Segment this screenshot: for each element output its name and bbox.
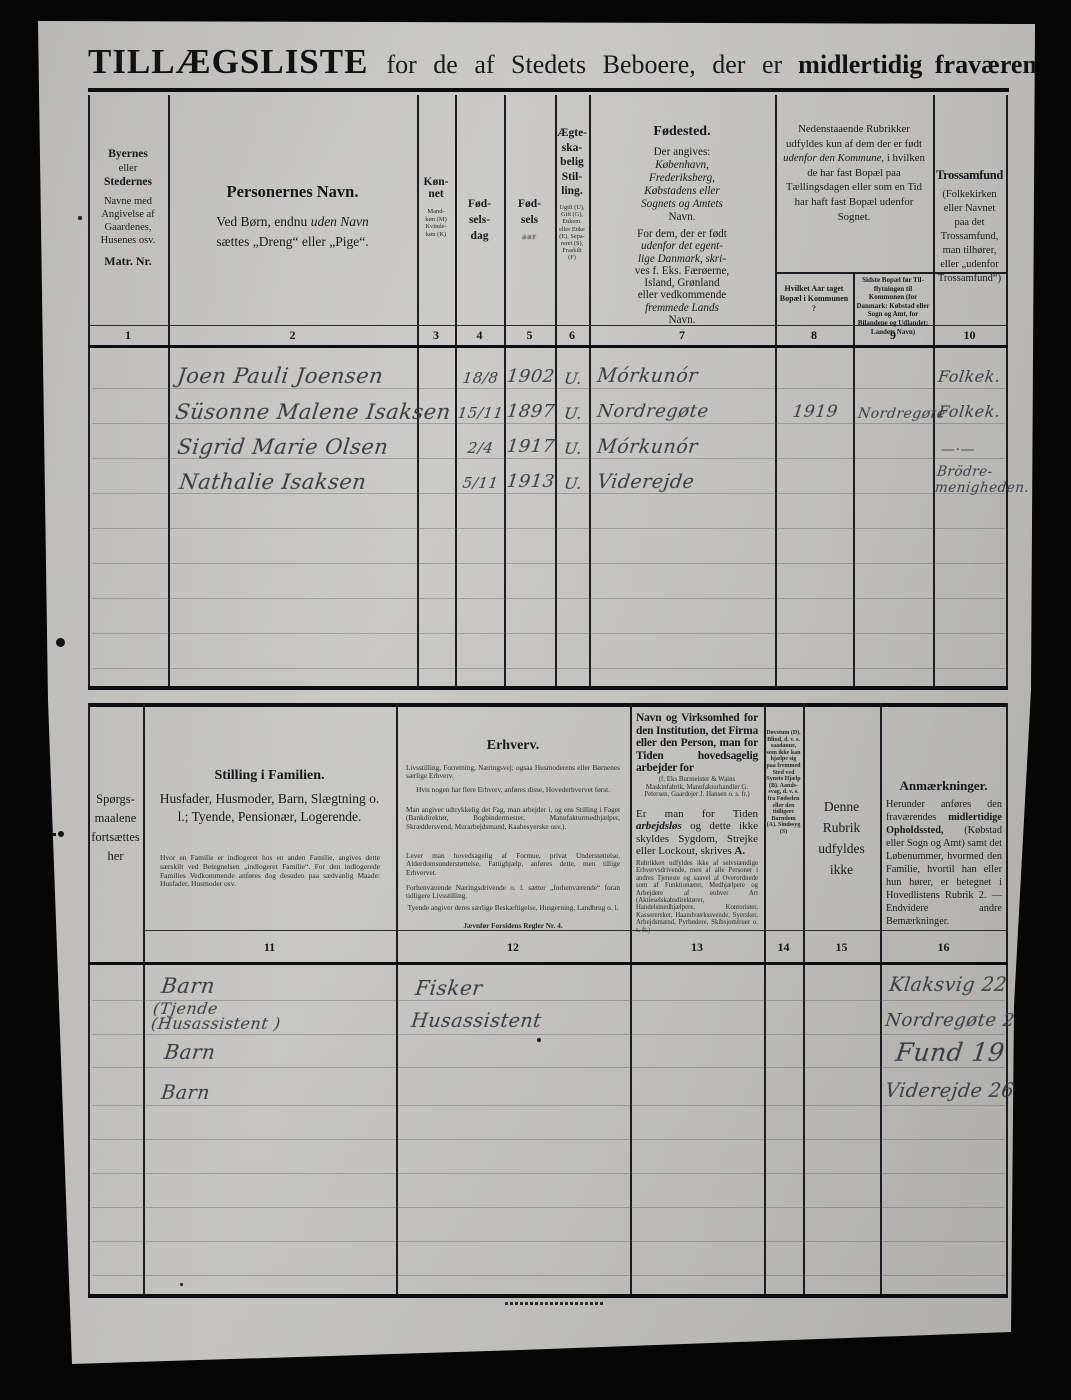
entry-remark: Klaksvig 22: [888, 974, 1008, 996]
side-label-line: Spørgs-: [88, 790, 143, 809]
col14-codes: Døvstum (D). Blind, d. v. s. saadanne, s…: [766, 730, 801, 836]
col7-line: Sognets og Amtets: [589, 198, 775, 211]
col1-line: Angivelse af: [88, 209, 168, 220]
col1-line: eller: [88, 163, 168, 174]
col-number: 16: [880, 940, 1007, 955]
col-number: 12: [396, 940, 630, 955]
rule: [92, 1275, 1005, 1276]
entry-birthyear: 1902: [504, 366, 558, 387]
col6-line: ska-: [555, 141, 589, 156]
col13-para2: Er man for Tiden arbejdsløs og dette ikk…: [636, 808, 758, 858]
entry-birthyear: 1897: [504, 401, 558, 422]
col16-title: Anmærkninger.: [880, 778, 1007, 794]
rule: [92, 1000, 1005, 1001]
col7-line: København,: [589, 159, 775, 172]
col7-line: ves f. Eks. Færøerne,: [589, 265, 775, 277]
entry-marital: U.: [555, 369, 591, 388]
rule: [92, 598, 1005, 599]
col4-line: dag: [455, 228, 504, 244]
entry-last-residence: Nordregøte: [857, 406, 947, 422]
col3-line: net: [417, 188, 455, 200]
entry-marital: U.: [555, 439, 591, 458]
col89-text-italic: udenfor den Kommune,: [783, 152, 884, 164]
col12-para: Man angiver udtrykkelig det Fag, man arb…: [406, 806, 620, 831]
col1-line: Stedernes: [88, 176, 168, 188]
entry-birthplace: Mórkunór: [596, 365, 699, 387]
rule: [92, 668, 1005, 669]
col-number: 7: [589, 328, 775, 343]
col7-line: Navn.: [589, 211, 775, 224]
col7-line: Købstadens eller: [589, 185, 775, 198]
col15-line: ikke: [803, 859, 880, 880]
col-number: 1: [88, 328, 168, 343]
entry-birthyear: 1917: [504, 436, 558, 457]
col2-sub-pre: Ved Børn, endnu: [216, 214, 311, 229]
entry-birthday: 2/4: [455, 439, 506, 457]
col4-header: Fød- sels- dag: [455, 196, 504, 244]
col-number: 4: [455, 328, 504, 343]
entry-position: Barn: [163, 1040, 217, 1064]
col5-line: sels: [504, 212, 555, 228]
entry-denomination: Brödre-: [936, 464, 994, 480]
entry-position: (Husassistent ): [150, 1014, 282, 1033]
col3-line: Køn-: [417, 176, 455, 188]
entry-birthday: 5/11: [455, 474, 506, 492]
col4-line: sels-: [455, 212, 504, 228]
entry-denomination: Folkek.: [937, 367, 1002, 386]
rule: [92, 1105, 1005, 1106]
col13-text: Er man for Tiden: [636, 808, 758, 820]
col12-para: Tyende angiver deres særlige Beskæftigel…: [406, 904, 620, 912]
col11-title: Stilling i Familien.: [143, 768, 396, 784]
col1-line: Gaardenes,: [88, 222, 168, 233]
col6-header: Ægte- ska- belig Stil- ling.: [555, 126, 589, 199]
col6-line: Ægte-: [555, 126, 589, 141]
entry-occupation: Fisker: [414, 976, 484, 1000]
col7-title: Fødested.: [589, 124, 775, 140]
rule: [92, 1173, 1005, 1174]
rule: [88, 962, 1008, 965]
col15-line: udfyldes: [803, 838, 880, 859]
col16-para: Herunder anføres den fraværendes midlert…: [886, 798, 1002, 928]
col2-sub-post: sættes „Dreng“ eller „Pige“.: [216, 234, 368, 249]
col7-line: Frederiksberg,: [589, 172, 775, 185]
rule: [92, 388, 1005, 389]
rule: [92, 1139, 1005, 1140]
col4-line: Fød-: [455, 196, 504, 212]
page-title-tail: midlertidig fraværende.: [798, 50, 1069, 79]
entry-denomination-ditto: —·—: [940, 442, 976, 458]
side-label-line: fortsættes: [88, 828, 143, 847]
col-number: 6: [555, 328, 589, 343]
rule: [92, 1034, 1005, 1035]
col5-line: Fød-: [504, 196, 555, 212]
rule: [88, 686, 1008, 690]
col13-text-italic: arbejdsløs: [636, 820, 682, 832]
col12-para: Jævnfør Forsidens Regler Nr. 4.: [406, 921, 620, 930]
entry-marital: U.: [555, 404, 591, 423]
side-label-line: her: [88, 847, 143, 866]
entry-remark: Fund 19: [894, 1038, 1006, 1067]
rule: [92, 1241, 1005, 1242]
ink-speck: [180, 1283, 183, 1286]
entry-name: Joen Pauli Joensen: [176, 364, 385, 388]
col1-header: Byernes eller Stedernes Navne med Angive…: [88, 148, 168, 269]
rule: [88, 1294, 1008, 1298]
col13-head: Navn og Virksomhed for den Institution, …: [636, 712, 758, 775]
col12-para: Livsstilling, Forretning, Næringsvej; og…: [406, 764, 620, 781]
col13-fine1: (f. Eks Burmeister & Wains Maskinfabrik,…: [640, 776, 754, 799]
col-number: 14: [764, 940, 803, 955]
rule: [143, 930, 1008, 931]
col13-text-bold: A.: [734, 845, 745, 857]
side-label-line: maalene: [88, 809, 143, 828]
col10-subtitle: (Folkekirken eller Navnet paa det Trossa…: [936, 188, 1003, 286]
rule: [88, 703, 1008, 707]
col2-title: Personernes Navn.: [168, 182, 417, 202]
entry-settlement-year: 1919: [775, 402, 855, 422]
margin-mark: [34, 833, 56, 836]
rule: [88, 88, 1009, 92]
entry-marital: U.: [555, 474, 591, 493]
rule: [92, 1067, 1005, 1068]
page-title-lead: TILLÆGSLISTE: [88, 42, 368, 81]
entry-birthday: 15/11: [455, 404, 506, 422]
col-number: 9: [853, 328, 933, 343]
side-label: Spørgs- maalene fortsættes her: [88, 790, 143, 866]
col7-block1: Der angives: København, Frederiksberg, K…: [589, 146, 775, 224]
printer-imprint: [505, 1302, 605, 1305]
entry-remark: Nordregøte 21: [884, 1010, 1028, 1031]
col5-header: Fød- sels aar: [504, 196, 555, 244]
col-number: 3: [417, 328, 455, 343]
col13-fine2: Rubrikken udfyldes ikke af selvstændige …: [636, 860, 758, 934]
col7-line: For dem, der er født: [589, 228, 775, 240]
rule: [1006, 95, 1008, 687]
col2-sub-italic: uden Navn: [311, 214, 369, 229]
col-number: 5: [504, 328, 555, 343]
rule: [92, 528, 1005, 529]
rule: [92, 563, 1005, 564]
col5-line: aar: [504, 228, 555, 244]
col7-line: Island, Grønland: [589, 277, 775, 289]
col10-title: Trossamfund: [933, 168, 1006, 183]
col7-line: Navn.: [589, 314, 775, 326]
col12-para: Lever man hovedsagelig af Formue, privat…: [406, 852, 620, 877]
col89-header: Nedenstaaende Rubrikker udfyldes kun af …: [780, 122, 928, 224]
col6-line: Stil-: [555, 170, 589, 185]
col-number: 13: [630, 940, 764, 955]
col7-line: eller vedkommende: [589, 289, 775, 301]
col-number: 2: [168, 328, 417, 343]
entry-birthplace: Nordregøte: [596, 401, 710, 422]
entry-position: Barn: [160, 974, 216, 998]
col1-line: Navne med: [88, 196, 168, 207]
margin-mark-dot: [58, 831, 64, 837]
col7-line: fremmede Lands: [589, 302, 775, 314]
ink-speck: [537, 1038, 541, 1042]
col-number: 10: [933, 328, 1006, 343]
col12-para: Hvis nogen har flere Erhverv, anføres di…: [406, 786, 620, 794]
col1-line: Husenes osv.: [88, 235, 168, 246]
ink-speck: [78, 216, 82, 220]
entry-birthplace: Viderejde: [596, 471, 696, 493]
page-title: TILLÆGSLISTE for de af Stedets Beboere, …: [88, 42, 1013, 82]
scanned-census-form: TILLÆGSLISTE for de af Stedets Beboere, …: [0, 0, 1071, 1400]
col1-line: Byernes: [88, 148, 168, 160]
col-number: 15: [803, 940, 880, 955]
entry-birthday: 18/8: [455, 369, 506, 387]
col6-codes: Ugift (U), Gift (G), Enkem. eller Enke (…: [558, 204, 586, 262]
col15-line: Rubrik: [803, 817, 880, 838]
col11-fine-print: Hvor en Familie er indlogeret hos en and…: [160, 854, 380, 889]
col1-line: Matr. Nr.: [88, 254, 168, 269]
col7-block2: For dem, der er født udenfor det egent- …: [589, 228, 775, 326]
col-number: 11: [143, 940, 396, 955]
entry-name: Sigrid Marie Olsen: [176, 435, 390, 459]
rule: [92, 633, 1005, 634]
col7-line: lige Danmark, skri-: [589, 253, 775, 265]
col89-text: Nedenstaaende Rubrikker udfyldes kun af …: [786, 123, 922, 150]
rule: [88, 345, 1008, 348]
entry-birthplace: Mórkunór: [596, 436, 699, 458]
entry-remark: Viderejde 26.: [884, 1080, 1022, 1102]
col12-title: Erhverv.: [396, 738, 630, 754]
entry-denomination: Folkek.: [937, 402, 1002, 421]
col16-text: (Købstad eller Sogn og Amt) samt det Løb…: [886, 825, 1002, 927]
entry-occupation: Husassistent: [410, 1010, 543, 1032]
col-number: 8: [775, 328, 853, 343]
col8-subheader: Hvilket Aar taget Bopæl i Kommunen ?: [777, 284, 851, 314]
entry-denomination: menigheden.: [934, 480, 1030, 496]
col3-codes: Mand-køn (M) Kvinde-køn (K): [423, 208, 449, 238]
entry-birthyear: 1913: [504, 471, 558, 492]
paper-sheet: TILLÆGSLISTE for de af Stedets Beboere, …: [0, 0, 1071, 1400]
col6-line: ling.: [555, 184, 589, 199]
col6-line: belig: [555, 155, 589, 170]
col11-subtitle: Husfader, Husmoder, Barn, Slægtning o. l…: [158, 790, 381, 826]
entry-position: Barn: [160, 1082, 211, 1104]
col2-subtitle: Ved Børn, endnu uden Navn sættes „Dreng“…: [168, 212, 417, 252]
entry-name: Süsonne Malene Isaksen: [174, 400, 452, 424]
ink-speck: [56, 638, 65, 647]
col7-line: Der angives:: [589, 146, 775, 159]
col15-note: Denne Rubrik udfyldes ikke: [803, 796, 880, 880]
entry-name: Nathalie Isaksen: [178, 470, 368, 494]
col7-line: udenfor det egent-: [589, 240, 775, 252]
col12-para: Forhenværende Næringsdrivende o. l. sætt…: [406, 884, 620, 901]
col15-line: Denne: [803, 796, 880, 817]
col3-header: Køn- net: [417, 176, 455, 200]
page-title-middle: for de af Stedets Beboere, der er: [386, 50, 782, 79]
rule: [92, 1207, 1005, 1208]
